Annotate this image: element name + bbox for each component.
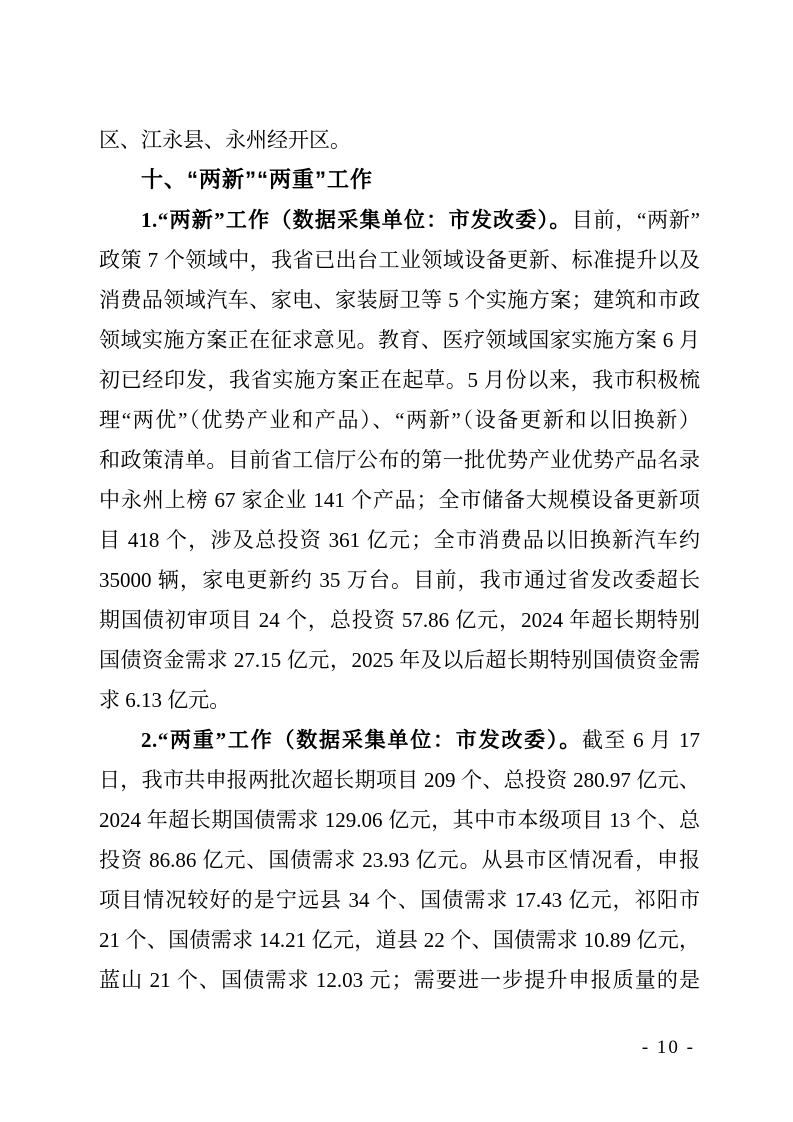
body-text: 领域实施方案正在征求意见。教育、医疗领域国家实施方案 6 月 (99, 328, 700, 352)
body-text: 期国债初审项目 24 个，总投资 57.86 亿元，2024 年超长期特别 (99, 608, 700, 632)
heading-text: 十、“两新”“两重”工作 (141, 167, 373, 192)
body-text: 截至 6 月 17 (582, 728, 700, 752)
text-line: 国债资金需求 27.15 亿元，2025 年及以后超长期特别国债资金需 (99, 640, 700, 680)
body-text: 蓝山 21 个、国债需求 12.03 元；需要进一步提升申报质量的是 (99, 968, 700, 992)
body-text: 目前，“两新” (572, 208, 700, 232)
text-line: 投资 86.86 亿元、国债需求 23.93 亿元。从县市区情况看，申报 (99, 840, 700, 880)
text-line: 项目情况较好的是宁远县 34 个、国债需求 17.43 亿元，祁阳市 (99, 880, 700, 920)
body-text: 消费品领域汽车、家电、家装厨卫等 5 个实施方案；建筑和市政 (99, 288, 700, 312)
text-line: 十、“两新”“两重”工作 (99, 160, 700, 200)
text-line: 和政策清单。目前省工信厅公布的第一批优势产业优势产品名录 (99, 440, 700, 480)
text-line: 21 个、国债需求 14.21 亿元，道县 22 个、国债需求 10.89 亿元… (99, 920, 700, 960)
text-line: 中永州上榜 67 家企业 141 个产品；全市储备大规模设备更新项 (99, 480, 700, 520)
text-line: 区、江永县、永州经开区。 (99, 120, 700, 160)
body-text: 日，我市共申报两批次超长期项目 209 个、总投资 280.97 亿元、 (99, 768, 700, 792)
subheading-text: 1.“两新”工作（数据采集单位：市发改委）。 (141, 208, 572, 232)
body-text: 21 个、国债需求 14.21 亿元，道县 22 个、国债需求 10.89 亿元… (99, 928, 700, 952)
text-line: 蓝山 21 个、国债需求 12.03 元；需要进一步提升申报质量的是 (99, 960, 700, 1000)
text-line: 2.“两重”工作（数据采集单位：市发改委）。截至 6 月 17 (99, 720, 700, 760)
document-page: 区、江永县、永州经开区。十、“两新”“两重”工作1.“两新”工作（数据采集单位：… (0, 0, 793, 1122)
body-text: 初已经印发，我省实施方案正在起草。5 月份以来，我市积极梳 (99, 368, 700, 392)
body-text: 目 418 个，涉及总投资 361 亿元；全市消费品以旧换新汽车约 (99, 528, 700, 552)
text-line: 领域实施方案正在征求意见。教育、医疗领域国家实施方案 6 月 (99, 320, 700, 360)
page-number: - 10 - (642, 1034, 695, 1062)
body-text: 中永州上榜 67 家企业 141 个产品；全市储备大规模设备更新项 (99, 488, 700, 512)
document-body: 区、江永县、永州经开区。十、“两新”“两重”工作1.“两新”工作（数据采集单位：… (99, 120, 700, 1000)
text-line: 35000 辆，家电更新约 35 万台。目前，我市通过省发改委超长 (99, 560, 700, 600)
body-text: 区、江永县、永州经开区。 (99, 128, 351, 152)
body-text: 投资 86.86 亿元、国债需求 23.93 亿元。从县市区情况看，申报 (99, 848, 700, 872)
body-text: 2024 年超长期国债需求 129.06 亿元，其中市本级项目 13 个、总 (99, 808, 700, 832)
text-line: 政策 7 个领域中，我省已出台工业领域设备更新、标准提升以及 (99, 240, 700, 280)
subheading-text: 2.“两重”工作（数据采集单位：市发改委）。 (141, 728, 582, 752)
text-line: 日，我市共申报两批次超长期项目 209 个、总投资 280.97 亿元、 (99, 760, 700, 800)
body-text: 理“两优”（优势产业和产品）、“两新”（设备更新和以旧换新） (99, 408, 700, 432)
body-text: 国债资金需求 27.15 亿元，2025 年及以后超长期特别国债资金需 (99, 648, 700, 672)
text-line: 消费品领域汽车、家电、家装厨卫等 5 个实施方案；建筑和市政 (99, 280, 700, 320)
text-line: 2024 年超长期国债需求 129.06 亿元，其中市本级项目 13 个、总 (99, 800, 700, 840)
text-line: 期国债初审项目 24 个，总投资 57.86 亿元，2024 年超长期特别 (99, 600, 700, 640)
body-text: 35000 辆，家电更新约 35 万台。目前，我市通过省发改委超长 (99, 568, 700, 592)
body-text: 和政策清单。目前省工信厅公布的第一批优势产业优势产品名录 (99, 448, 700, 472)
body-text: 项目情况较好的是宁远县 34 个、国债需求 17.43 亿元，祁阳市 (99, 888, 700, 912)
text-line: 1.“两新”工作（数据采集单位：市发改委）。目前，“两新” (99, 200, 700, 240)
body-text: 政策 7 个领域中，我省已出台工业领域设备更新、标准提升以及 (99, 248, 700, 272)
text-line: 求 6.13 亿元。 (99, 680, 700, 720)
body-text: 求 6.13 亿元。 (99, 688, 230, 712)
text-line: 目 418 个，涉及总投资 361 亿元；全市消费品以旧换新汽车约 (99, 520, 700, 560)
text-line: 初已经印发，我省实施方案正在起草。5 月份以来，我市积极梳 (99, 360, 700, 400)
text-line: 理“两优”（优势产业和产品）、“两新”（设备更新和以旧换新） (99, 400, 700, 440)
